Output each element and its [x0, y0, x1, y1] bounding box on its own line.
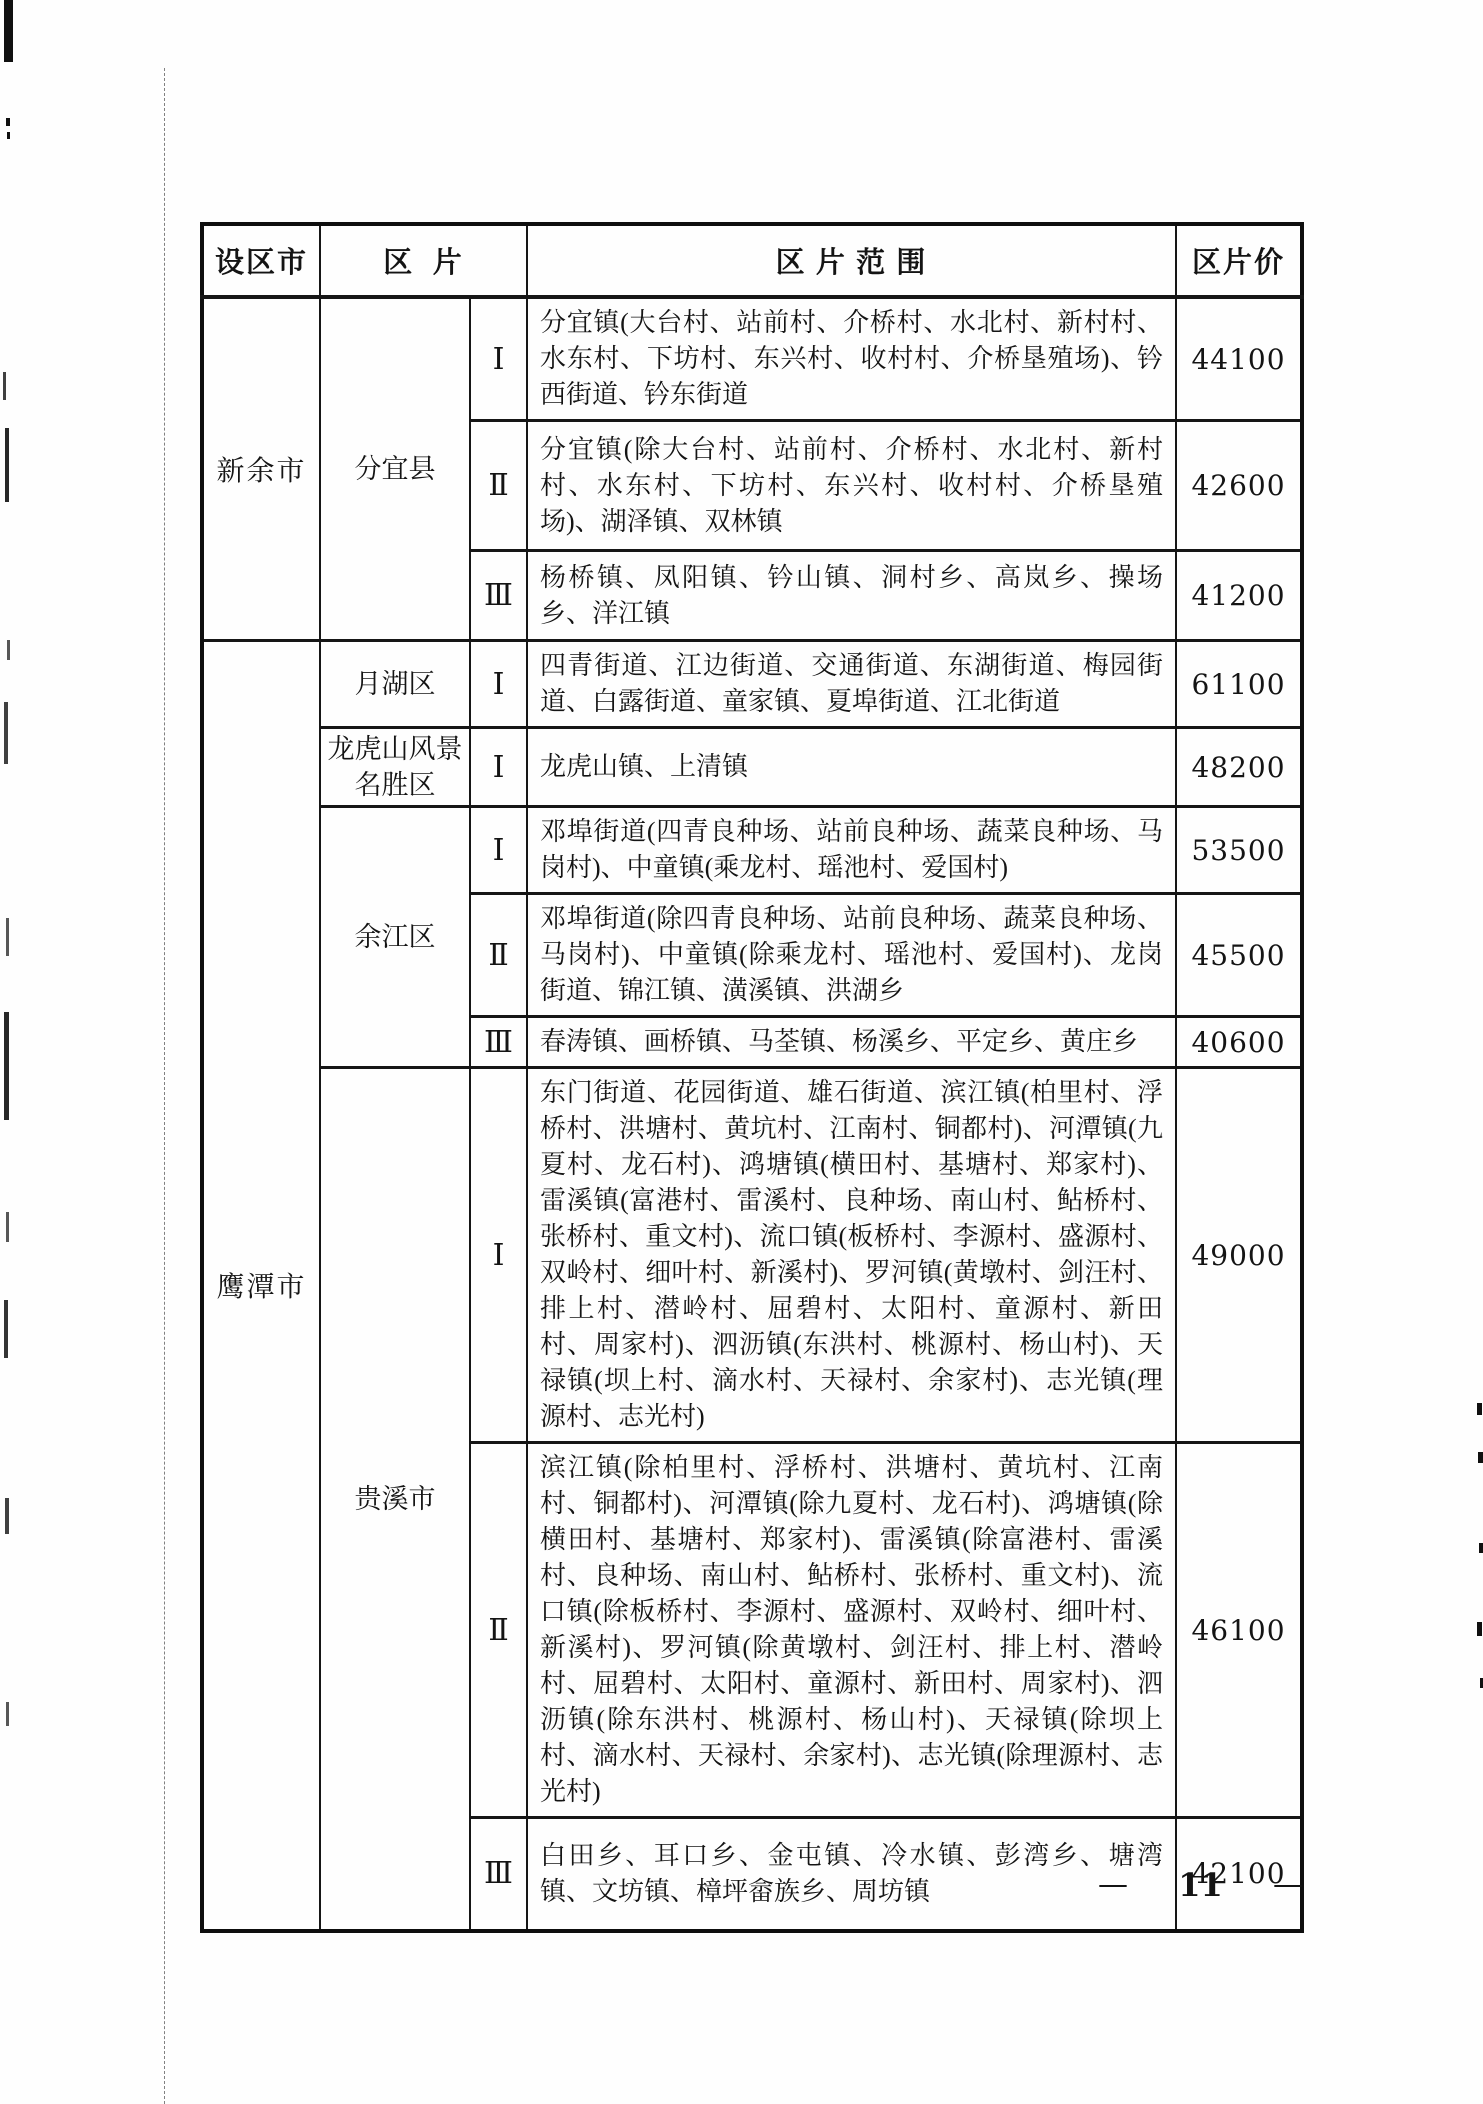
scan-artifact [6, 918, 9, 956]
cell-district-fenyi: 分宜县 [320, 297, 470, 641]
cell-zone-range: 春涛镇、画桥镇、马荃镇、杨溪乡、平定乡、黄庄乡 [527, 1017, 1176, 1068]
cell-city-xinyu: 新余市 [202, 297, 320, 641]
scan-artifact [4, 1300, 8, 1358]
cell-zone-numeral: Ⅰ [470, 1068, 527, 1443]
cell-zone-price: 40600 [1176, 1017, 1302, 1068]
document-page: 设区市 区 片 区 片 范 围 区片价 新余市 分宜县 Ⅰ 分宜镇(大台村、站前… [0, 0, 1483, 2104]
cell-zone-numeral: Ⅰ [470, 728, 527, 807]
cell-zone-range: 邓埠街道(除四青良种场、站前良种场、蔬菜良种场、马岗村)、中童镇(除乘龙村、瑶池… [527, 894, 1176, 1017]
cell-zone-price: 41200 [1176, 551, 1302, 641]
scan-artifact [6, 1702, 9, 1726]
cell-zone-numeral: Ⅲ [470, 551, 527, 641]
scan-artifact [5, 1498, 9, 1534]
cell-zone-range: 四青街道、江边街道、交通街道、东湖街道、梅园街道、白露街道、童家镇、夏埠街道、江… [527, 641, 1176, 728]
header-zone: 区 片 [320, 224, 527, 297]
cell-zone-numeral: Ⅰ [470, 641, 527, 728]
cell-zone-range: 龙虎山镇、上清镇 [527, 728, 1176, 807]
cell-zone-numeral: Ⅰ [470, 297, 527, 421]
cell-zone-range: 滨江镇(除柏里村、浮桥村、洪塘村、黄坑村、江南村、铜都村)、河潭镇(除九夏村、龙… [527, 1443, 1176, 1818]
cell-zone-price: 61100 [1176, 641, 1302, 728]
page-number: 11 [1178, 1868, 1223, 1902]
scan-artifact [1477, 1403, 1482, 1415]
cell-zone-numeral: Ⅲ [470, 1818, 527, 1931]
cell-zone-numeral: Ⅰ [470, 807, 527, 894]
cell-zone-range: 分宜镇(大台村、站前村、介桥村、水北村、新村村、水东村、下坊村、东兴村、收村村、… [527, 297, 1176, 421]
scan-artifact [5, 428, 9, 502]
cell-zone-range: 分宜镇(除大台村、站前村、介桥村、水北村、新村村、水东村、下坊村、东兴村、收村村… [527, 421, 1176, 551]
cell-zone-price: 48200 [1176, 728, 1302, 807]
cell-zone-numeral: Ⅲ [470, 1017, 527, 1068]
scan-artifact [4, 702, 8, 764]
cell-district-guixi: 贵溪市 [320, 1068, 470, 1931]
cell-zone-price: 45500 [1176, 894, 1302, 1017]
scan-artifact [6, 118, 10, 126]
header-zone-price: 区片价 [1176, 224, 1302, 297]
scan-artifact [1478, 1452, 1483, 1463]
scan-artifact [3, 372, 6, 400]
cell-zone-price: 42600 [1176, 421, 1302, 551]
cell-zone-range: 东门街道、花园街道、雄石街道、滨江镇(柏里村、浮桥村、洪塘村、黄坑村、江南村、铜… [527, 1068, 1176, 1443]
cell-zone-range: 白田乡、耳口乡、金屯镇、冷水镇、彭湾乡、塘湾镇、文坊镇、樟坪畲族乡、周坊镇 [527, 1818, 1176, 1931]
cell-district-longhushan: 龙虎山风景名胜区 [320, 728, 470, 807]
cell-zone-numeral: Ⅱ [470, 1443, 527, 1818]
zone-price-table-wrapper: 设区市 区 片 区 片 范 围 区片价 新余市 分宜县 Ⅰ 分宜镇(大台村、站前… [200, 222, 1300, 1933]
scan-artifact [1479, 1543, 1483, 1553]
cell-zone-price: 49000 [1176, 1068, 1302, 1443]
scan-artifact [4, 0, 13, 62]
scan-fold-line [164, 68, 165, 2104]
cell-city-yingtan: 鹰潭市 [202, 641, 320, 1931]
cell-zone-price: 44100 [1176, 297, 1302, 421]
page-number-dash-left: — [1098, 1870, 1128, 1900]
scan-artifact [6, 1212, 9, 1242]
scan-artifact [7, 640, 10, 660]
scan-artifact [7, 132, 10, 139]
cell-zone-range: 杨桥镇、凤阳镇、钤山镇、洞村乡、高岚乡、操场乡、洋江镇 [527, 551, 1176, 641]
page-number-dash-right: — [1273, 1870, 1303, 1900]
header-zone-range: 区 片 范 围 [527, 224, 1176, 297]
cell-zone-price: 53500 [1176, 807, 1302, 894]
zone-price-table: 设区市 区 片 区 片 范 围 区片价 新余市 分宜县 Ⅰ 分宜镇(大台村、站前… [200, 222, 1304, 1933]
cell-zone-range: 邓埠街道(四青良种场、站前良种场、蔬菜良种场、马岗村)、中童镇(乘龙村、瑶池村、… [527, 807, 1176, 894]
page-number-footer: — 11 — [1098, 1868, 1303, 1902]
scan-artifact [1477, 1622, 1482, 1636]
scan-artifact [4, 1012, 9, 1120]
cell-zone-price: 46100 [1176, 1443, 1302, 1818]
cell-zone-numeral: Ⅱ [470, 421, 527, 551]
cell-district-yuehu: 月湖区 [320, 641, 470, 728]
header-city: 设区市 [202, 224, 320, 297]
cell-zone-numeral: Ⅱ [470, 894, 527, 1017]
cell-district-yujiang: 余江区 [320, 807, 470, 1068]
